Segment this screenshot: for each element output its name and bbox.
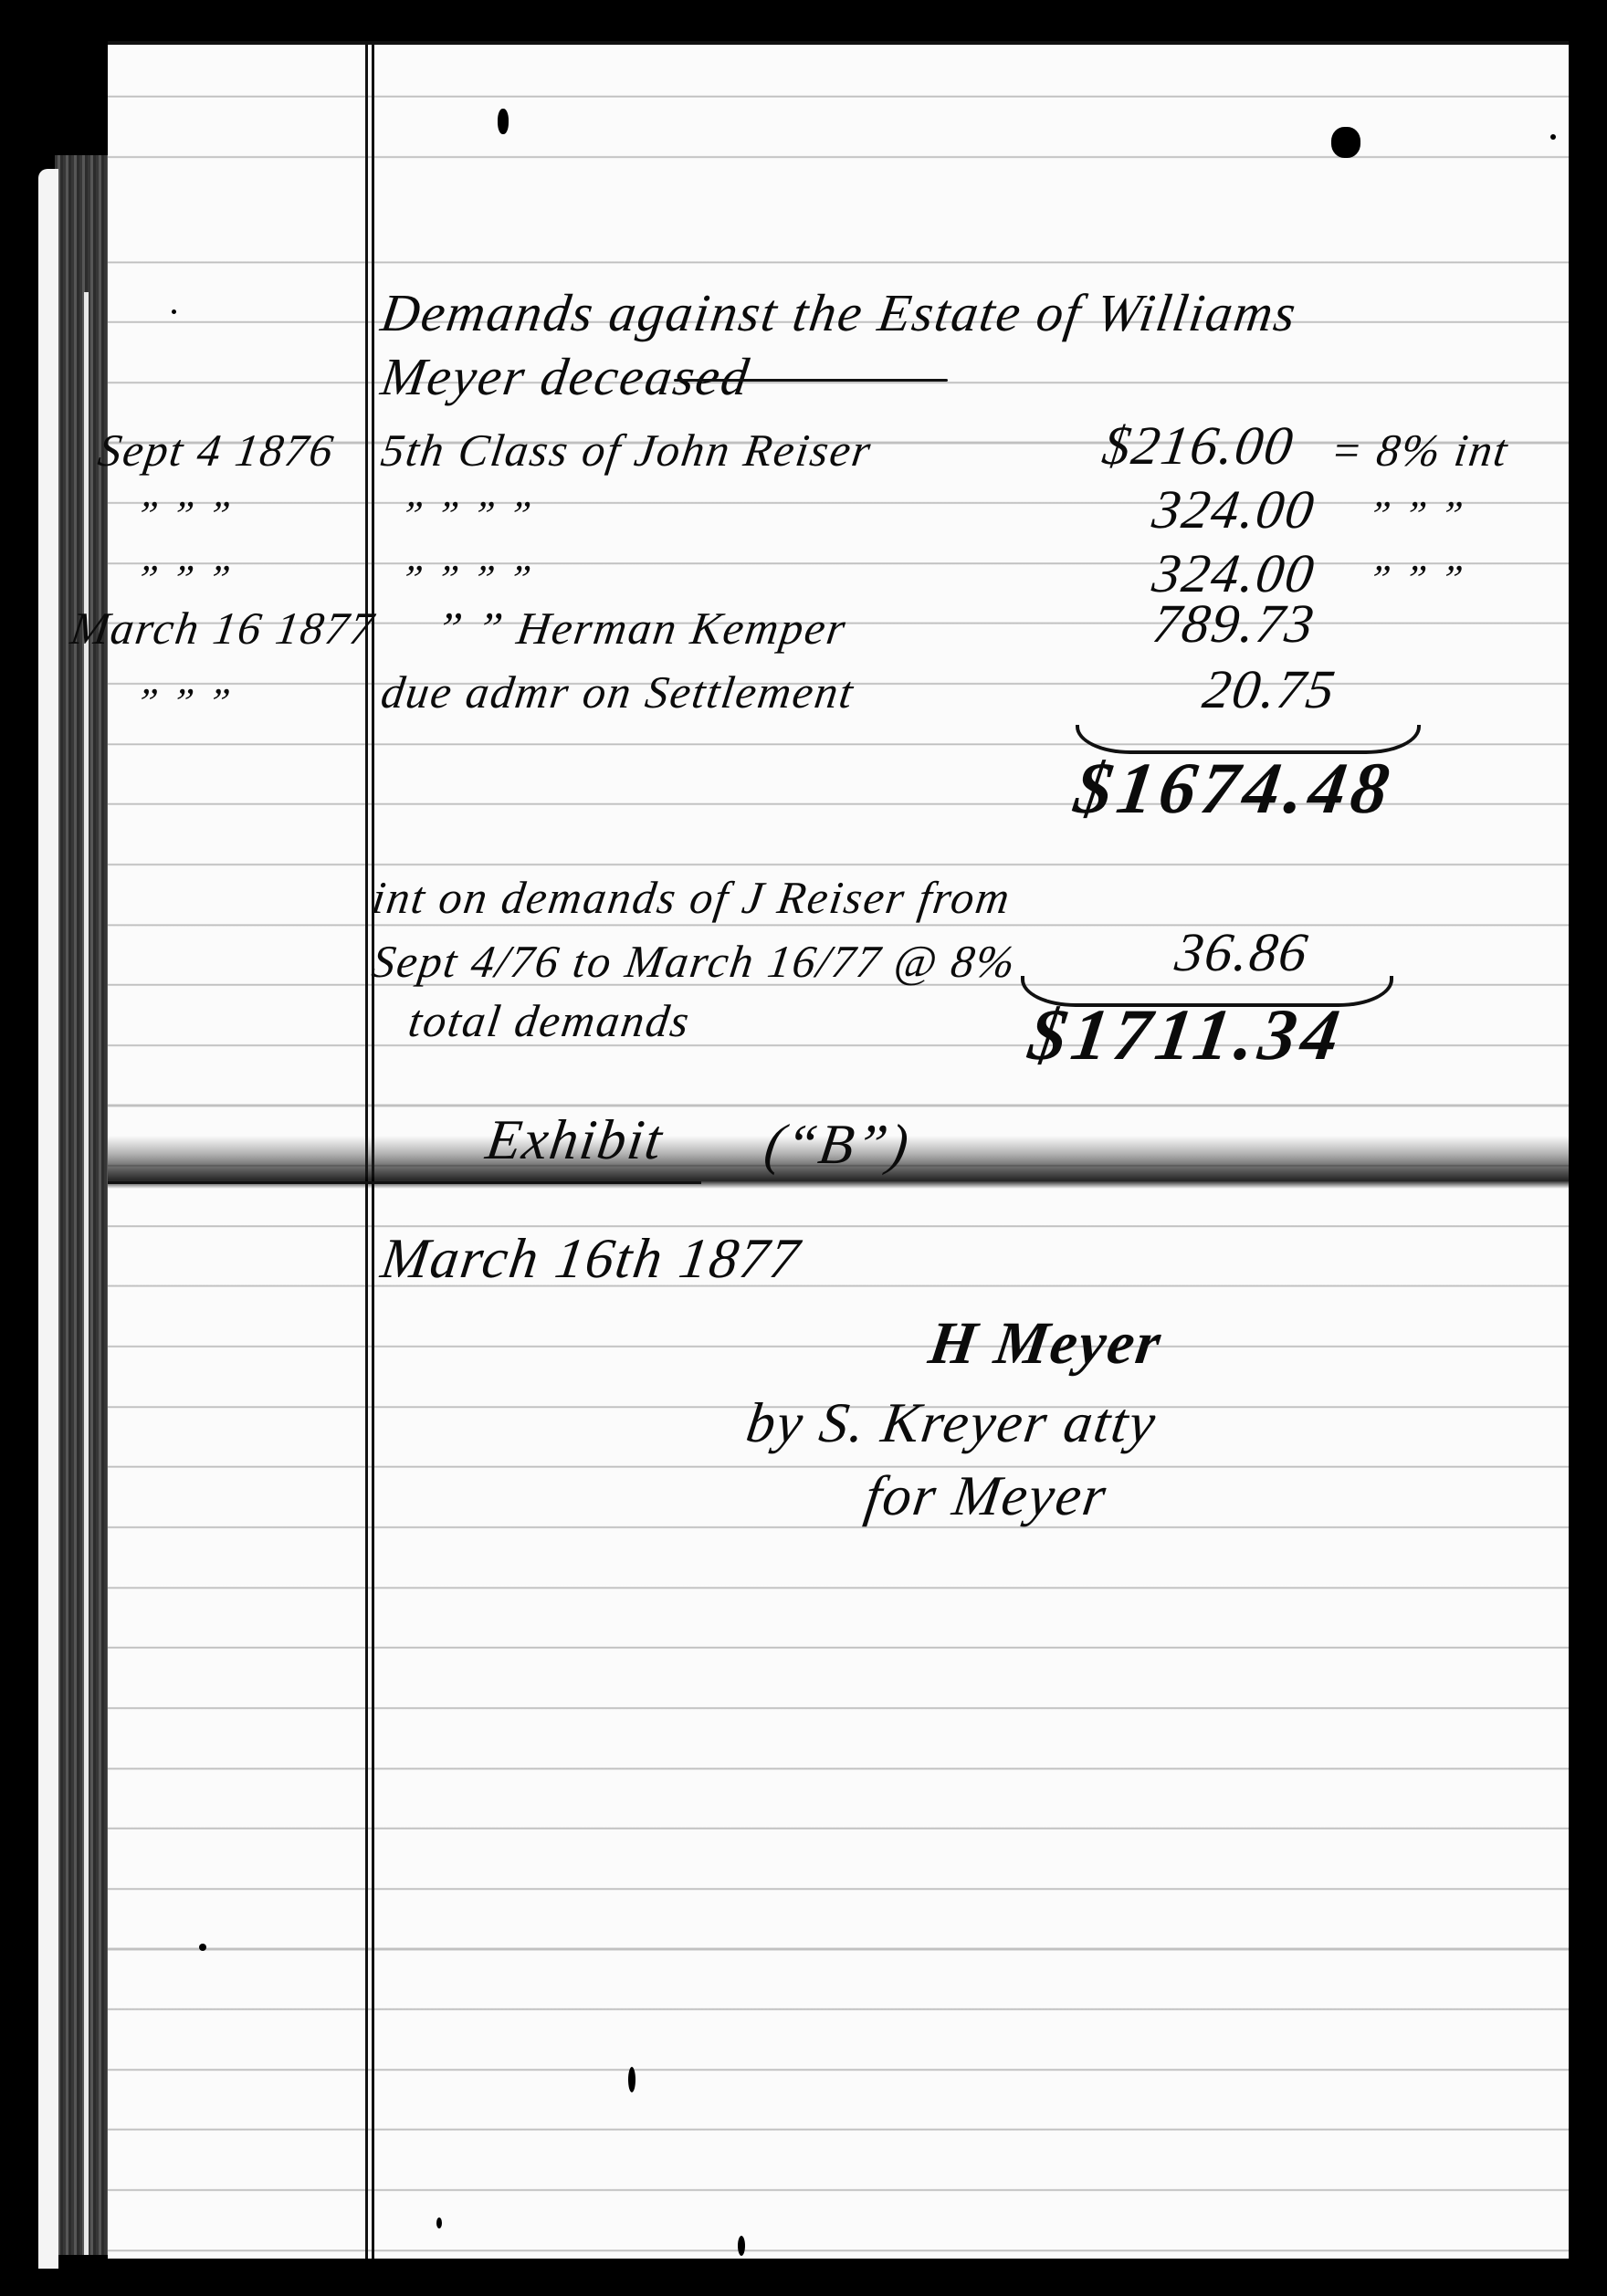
- entry-note: ” ” ”: [1364, 556, 1467, 603]
- entry-date: ” ” ”: [131, 492, 235, 539]
- ink-speck: [436, 2217, 442, 2228]
- entry-description: ” ” Herman Kemper: [433, 602, 850, 655]
- entry-amount: $216.00: [1098, 414, 1298, 477]
- scanned-document: Demands against the Estate of Williams M…: [0, 0, 1607, 2296]
- interest-description-line-2: Sept 4/76 to March 16/77 @ 8%: [369, 935, 1020, 988]
- signature-by-attorney: by S. Kreyer atty: [742, 1391, 1161, 1456]
- entry-description: ” ” ” ”: [396, 556, 535, 603]
- entry-date: Sept 4 1876: [95, 424, 338, 477]
- interest-description-line-1: int on demands of J Reiser from: [369, 871, 1014, 924]
- total-label: total demands: [405, 994, 694, 1047]
- entry-date: ” ” ”: [131, 556, 235, 603]
- ink-speck: [738, 2236, 745, 2256]
- total-amount: $1711.34: [1024, 994, 1350, 1077]
- entry-description: due admr on Settlement: [378, 666, 858, 718]
- entry-date: March 16 1877: [68, 602, 379, 655]
- subtotal-amount: $1674.48: [1070, 748, 1400, 831]
- entry-amount: 324.00: [1149, 478, 1319, 541]
- entry-amount: 789.73: [1149, 592, 1319, 655]
- document-title-line-2: Meyer deceased: [377, 346, 754, 407]
- exhibit-label: Exhibit: [482, 1108, 667, 1173]
- signature-for: for Meyer: [861, 1464, 1111, 1529]
- ink-speck: [628, 2067, 635, 2092]
- title-flourish: [674, 379, 948, 382]
- exhibit-id: (“B”): [761, 1113, 914, 1178]
- paper-fold-line: [108, 1181, 701, 1184]
- punch-hole: [498, 109, 509, 134]
- ink-speck: [199, 1944, 206, 1951]
- ink-speck: [172, 309, 176, 314]
- ink-speck: [1550, 134, 1556, 140]
- entry-amount: 20.75: [1199, 658, 1340, 721]
- entry-description: 5th Class of John Reiser: [378, 424, 876, 477]
- document-title-line-1: Demands against the Estate of Williams: [377, 282, 1301, 343]
- edge-crease: [84, 292, 89, 2255]
- entry-date: ” ” ”: [131, 679, 235, 726]
- signature-name: H Meyer: [925, 1309, 1167, 1379]
- entry-description: ” ” ” ”: [396, 492, 535, 539]
- page-edge-strip: [38, 169, 58, 2269]
- interest-amount: 36.86: [1171, 921, 1313, 984]
- punch-hole: [1331, 127, 1360, 158]
- entry-note: ” ” ”: [1364, 492, 1467, 539]
- ruled-paper-page: Demands against the Estate of Williams M…: [108, 41, 1569, 2259]
- entry-note: = 8% int: [1328, 424, 1512, 477]
- signed-date: March 16th 1877: [377, 1227, 804, 1292]
